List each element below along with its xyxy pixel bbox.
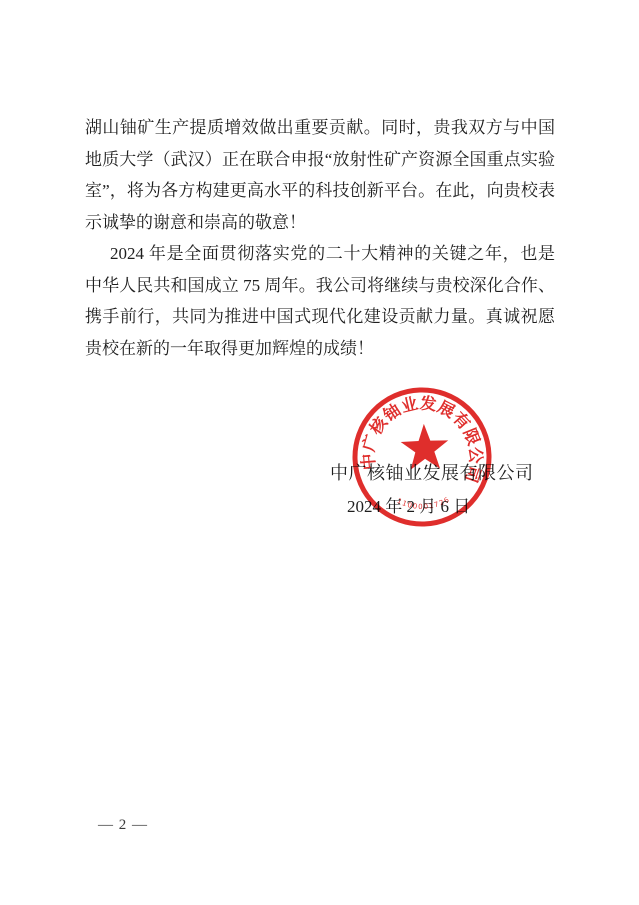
letter-date: 2024 年 2 月 6 日 xyxy=(347,492,470,517)
page-number: — 2 — xyxy=(98,817,148,834)
paragraph-continuation: 湖山铀矿生产提质增效做出重要贡献。同时，贵我双方与中国地质大学（武汉）正在联合申… xyxy=(85,112,555,238)
letter-body: 湖山铀矿生产提质增效做出重要贡献。同时，贵我双方与中国地质大学（武汉）正在联合申… xyxy=(85,112,555,364)
document-page: 湖山铀矿生产提质增效做出重要贡献。同时，贵我双方与中国地质大学（武汉）正在联合申… xyxy=(0,0,639,905)
paragraph-2024: 2024 年是全面贯彻落实党的二十大精神的关键之年，也是中华人民共和国成立 75… xyxy=(85,238,555,364)
company-signature: 中广核铀业发展有限公司 xyxy=(330,459,534,485)
